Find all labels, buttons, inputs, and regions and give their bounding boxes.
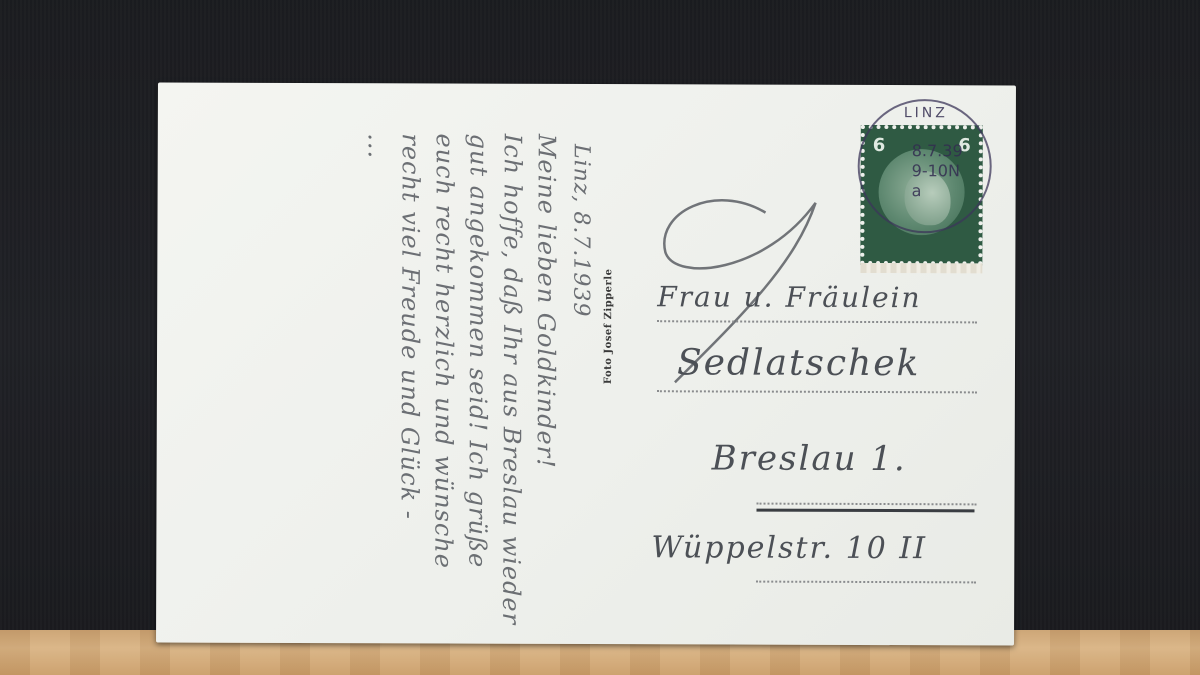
message-line: Ich hoffe, daß Ihr aus Breslau wieder: [494, 134, 530, 634]
message-line: recht viel Freude und Glück -: [392, 133, 428, 634]
address-rule: [756, 581, 976, 584]
address-underline: [756, 509, 974, 513]
address-city: Breslau 1.: [712, 438, 907, 479]
photo-credit: Foto Josef Zipperle: [603, 269, 614, 385]
address-rule: [657, 390, 977, 393]
address-recipient-title: Frau u. Fräulein: [657, 280, 921, 314]
message-date: Linz, 8.7.1939: [562, 144, 598, 634]
handwritten-message: Linz, 8.7.1939 Meine lieben Goldkinder! …: [166, 93, 598, 634]
postmark-city: LINZ: [904, 105, 948, 121]
message-line: gut angekommen seid! Ich grüße: [460, 134, 496, 634]
postmark: LINZ 8.7.39 9-10N a: [857, 99, 991, 233]
stamp-torn-edge: [860, 263, 982, 273]
address-rule: [757, 503, 977, 506]
address-street: Wüppelstr. 10 II: [651, 530, 927, 566]
message-line: euch recht herzlich und wünsche: [426, 133, 462, 634]
message-line: ...: [358, 133, 394, 634]
message-line: Meine lieben Goldkinder!: [528, 134, 564, 634]
address-recipient-name: Sedlatschek: [677, 342, 921, 384]
postmark-date: 8.7.39 9-10N a: [912, 141, 963, 201]
postcard: Linz, 8.7.1939 Meine lieben Goldkinder! …: [156, 83, 1016, 646]
